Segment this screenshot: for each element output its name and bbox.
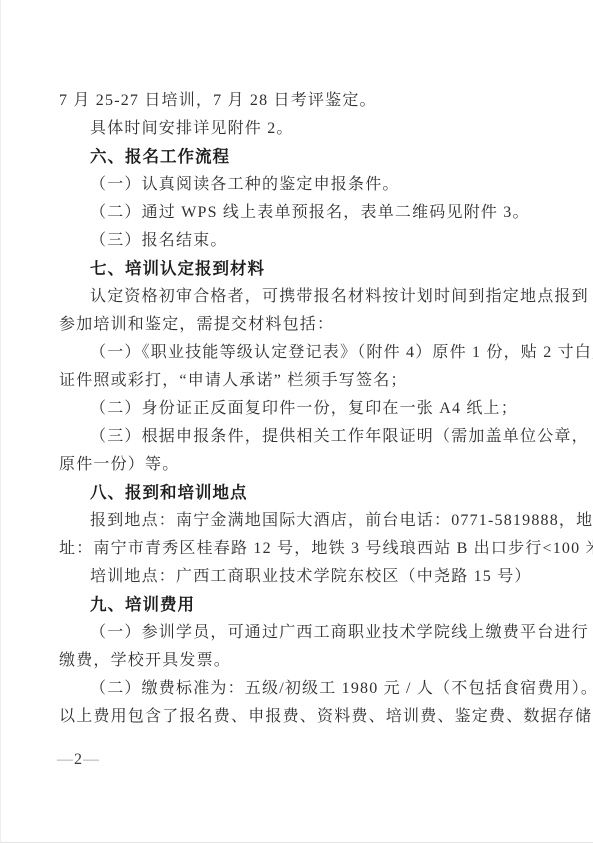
page-number: 2 [73,751,83,768]
text-line: 培训地点：广西工商职业技术学院东校区（中尧路 15 号） [59,563,559,591]
page-number-dash-right: — [83,751,99,768]
text-line: 认定资格初审合格者，可携带报名材料按计划时间到指定地点报到 [59,283,559,311]
text-line: （二）通过 WPS 线上表单预报名，表单二维码见附件 3。 [59,199,559,227]
text-line: （一）认真阅读各工种的鉴定申报条件。 [59,171,559,199]
text-line: （一）《职业技能等级认定登记表》（附件 4）原件 1 份，贴 2 寸白底 [59,339,559,367]
text-line: （二）缴费标准为：五级/初级工 1980 元 / 人（不包括食宿费用）。 [59,675,559,703]
text-line: （二）身份证正反面复印件一份，复印在一张 A4 纸上； [59,395,559,423]
text-line: 原件一份）等。 [59,451,559,479]
text-line: 7 月 25-27 日培训，7 月 28 日考评鉴定。 [59,87,559,115]
section-heading: 八、报到和培训地点 [59,479,559,507]
text-line: （三）报名结束。 [59,227,559,255]
section-heading: 六、报名工作流程 [59,143,559,171]
text-line: 报到地点：南宁金满地国际大酒店，前台电话：0771-5819888，地 [59,507,559,535]
document-lines: 7 月 25-27 日培训，7 月 28 日考评鉴定。具体时间安排详见附件 2。… [59,87,559,731]
page-number-dash-left: — [57,751,73,768]
text-line: 参加培训和鉴定，需提交材料包括： [59,311,559,339]
text-line: （三）根据申报条件，提供相关工作年限证明（需加盖单位公章， [59,423,559,451]
page-footer: —2— [57,746,99,774]
document-page: 7 月 25-27 日培训，7 月 28 日考评鉴定。具体时间安排详见附件 2。… [0,0,593,843]
section-heading: 七、培训认定报到材料 [59,255,559,283]
text-line: 具体时间安排详见附件 2。 [59,115,559,143]
text-line: 址：南宁市青秀区桂春路 12 号，地铁 3 号线琅西站 B 出口步行<100 米… [59,535,559,563]
section-heading: 九、培训费用 [59,591,559,619]
text-line: 以上费用包含了报名费、申报费、资料费、培训费、鉴定费、数据存储 [59,703,559,731]
text-line: 证件照或彩打，“申请人承诺” 栏须手写签名； [59,367,559,395]
text-line: 缴费，学校开具发票。 [59,647,559,675]
text-line: （一）参训学员，可通过广西工商职业技术学院线上缴费平台进行 [59,619,559,647]
